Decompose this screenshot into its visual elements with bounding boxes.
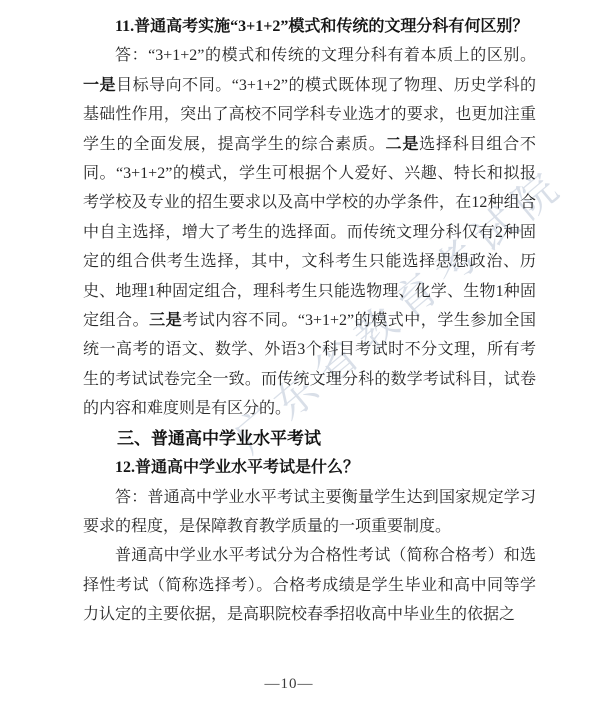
answer-11-point2-text: 选择科目组合不同。“3+1+2”的模式，学生可根据个人爱好、兴趣、特长和拟报考学… <box>83 136 536 329</box>
page-number: —10— <box>0 676 578 693</box>
answer-11-point3-label: 三是 <box>149 312 182 329</box>
answer-12-paragraph-2: 普通高中学业水平考试分为合格性考试（简称合格考）和选择性考试（简称选择考）。合格… <box>83 541 536 629</box>
question-11-heading: 11.普通高考实施“3+1+2”模式和传统的文理分科有何区别？ <box>83 12 536 41</box>
answer-12-paragraph-1: 答：普通高中学业水平考试主要衡量学生达到国家规定学习要求的程度，是保障教育教学质… <box>83 483 536 542</box>
document-text-block: 11.普通高考实施“3+1+2”模式和传统的文理分科有何区别？ 答：“3+1+2… <box>83 12 536 630</box>
answer-11-intro: 答：“3+1+2”的模式和传统的文理分科有着本质上的区别。 <box>115 47 536 64</box>
document-page: 广东省教育考试院 11.普通高考实施“3+1+2”模式和传统的文理分科有何区别？… <box>0 0 600 708</box>
question-12-heading: 12.普通高中学业水平考试是什么？ <box>83 453 536 482</box>
answer-11-point2-label: 二是 <box>386 136 420 153</box>
answer-11-paragraph: 答：“3+1+2”的模式和传统的文理分科有着本质上的区别。一是目标导向不同。“3… <box>83 41 536 423</box>
answer-11-point1-label: 一是 <box>83 77 116 94</box>
section-3-heading: 三、普通高中学业水平考试 <box>83 424 536 453</box>
